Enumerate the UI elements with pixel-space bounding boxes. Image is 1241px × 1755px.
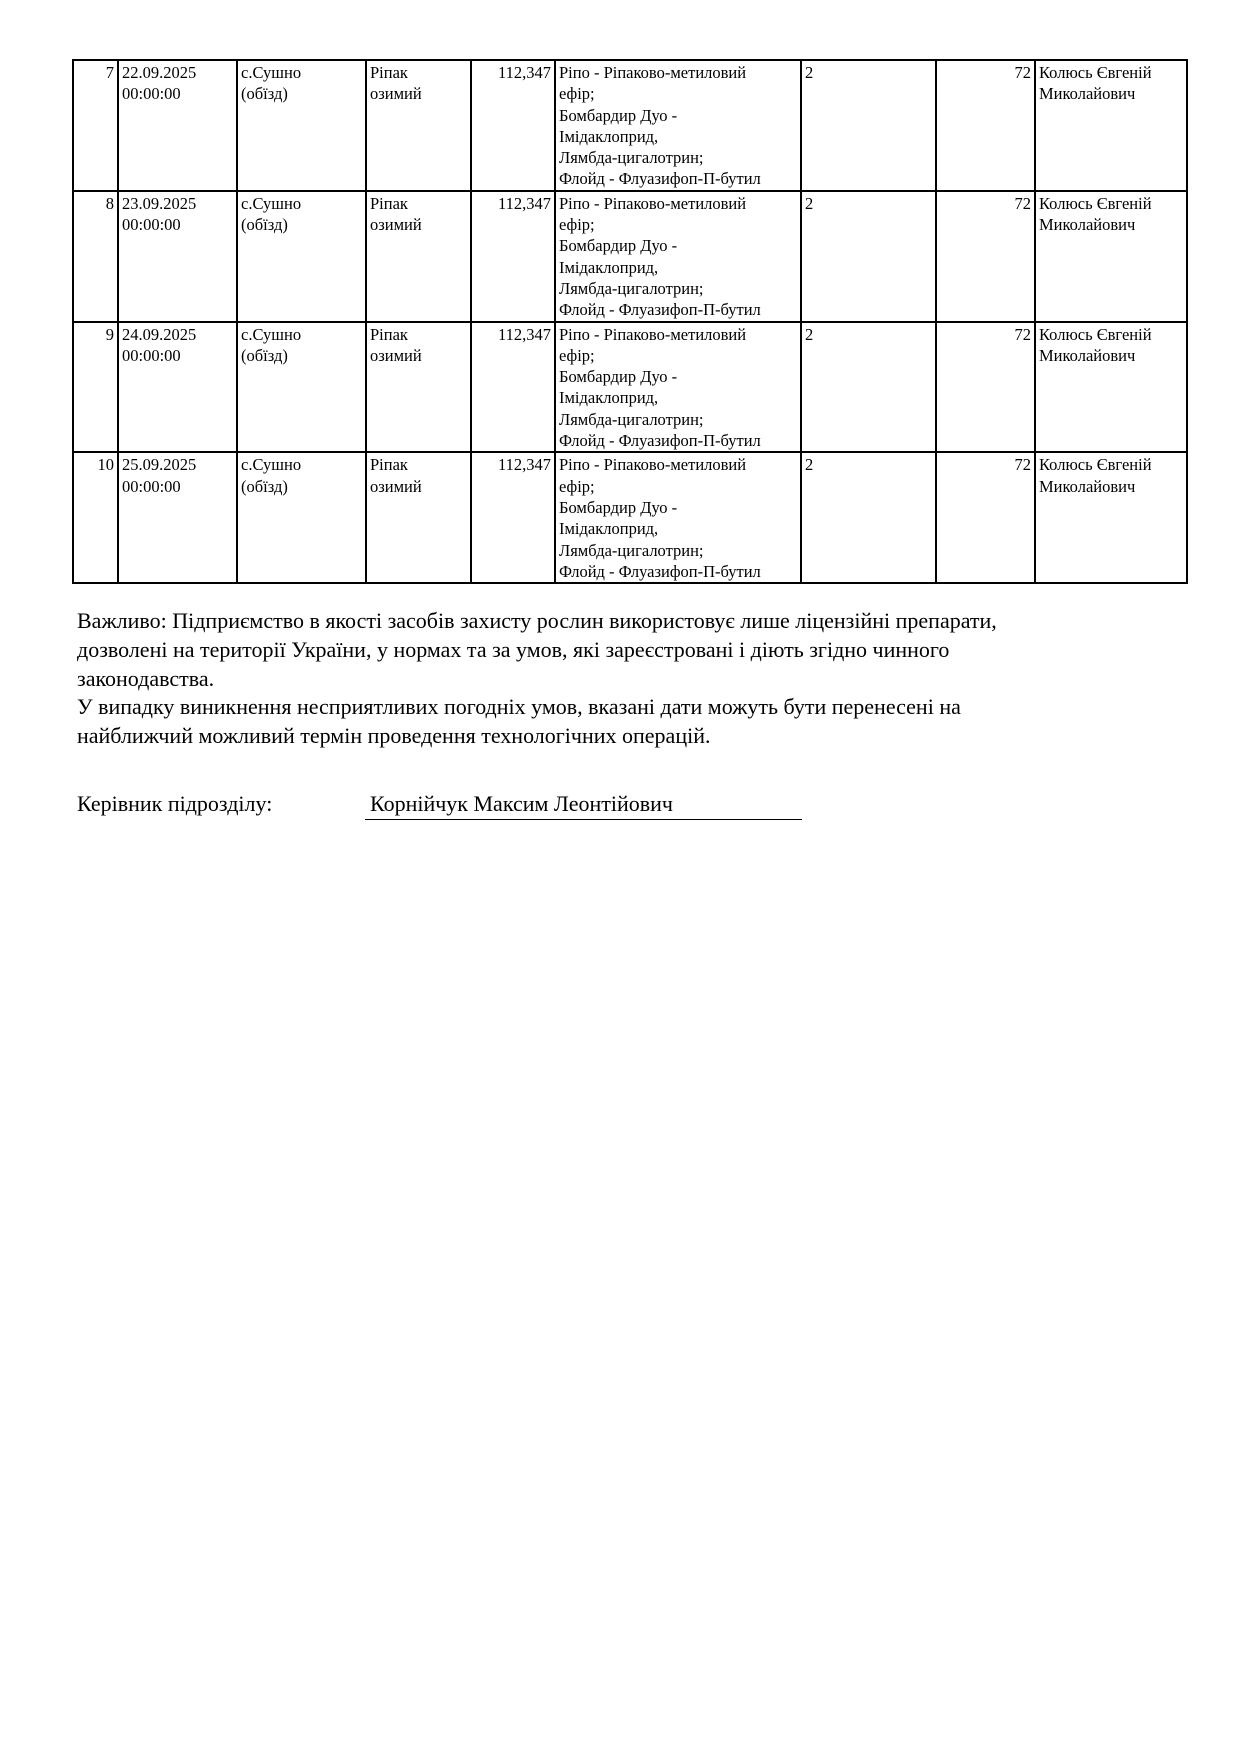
chemicals-cell-text: Флойд - Флуазифоп-П-бутил (559, 168, 797, 189)
location-cell-text: (обїзд) (241, 214, 362, 235)
chemicals-cell-text: Ріпо - Ріпаково-метиловий (559, 454, 797, 475)
crop-cell-text: Ріпак (370, 454, 467, 475)
location-cell-text: (обїзд) (241, 476, 362, 497)
date-cell-text: 00:00:00 (122, 345, 233, 366)
crop-cell-text: озимий (370, 83, 467, 104)
hours-cell: 72 (936, 191, 1035, 322)
date-cell-text: 00:00:00 (122, 214, 233, 235)
hazard-class-cell-text: 2 (805, 193, 932, 214)
area-cell-text: 112,347 (475, 454, 551, 475)
table-row: 924.09.202500:00:00с.Сушно(обїзд)Ріпакоз… (73, 322, 1187, 453)
responsible-cell: Колюсь ЄвгенійМиколайович (1035, 322, 1187, 453)
chemicals-cell-text: Лямбда-цигалотрин; (559, 540, 797, 561)
chemicals-cell-text: Ріпо - Ріпаково-метиловий (559, 62, 797, 83)
notice-line: законодавства. (77, 665, 1177, 694)
crop-cell-text: озимий (370, 345, 467, 366)
chemicals-cell-text: Флойд - Флуазифоп-П-бутил (559, 430, 797, 451)
chemicals-cell-text: Бомбардир Дуо - (559, 105, 797, 126)
crop-cell-text: Ріпак (370, 193, 467, 214)
chemicals-cell-text: Лямбда-цигалотрин; (559, 147, 797, 168)
location-cell: с.Сушно(обїзд) (237, 322, 366, 453)
date-cell-text: 24.09.2025 (122, 324, 233, 345)
area-cell: 112,347 (471, 60, 555, 191)
chemicals-cell-text: Імідаклоприд, (559, 518, 797, 539)
date-cell-text: 00:00:00 (122, 476, 233, 497)
date-cell: 25.09.202500:00:00 (118, 452, 237, 583)
responsible-cell-text: Миколайович (1039, 83, 1183, 104)
hours-cell-text: 72 (940, 324, 1031, 345)
crop-cell: Ріпакозимий (366, 322, 471, 453)
chemicals-cell-text: ефір; (559, 476, 797, 497)
hazard-class-cell-text: 2 (805, 454, 932, 475)
date-cell: 22.09.202500:00:00 (118, 60, 237, 191)
responsible-cell-text: Колюсь Євгеній (1039, 193, 1183, 214)
crop-cell: Ріпакозимий (366, 191, 471, 322)
chemicals-cell-text: Бомбардир Дуо - (559, 497, 797, 518)
responsible-cell-text: Колюсь Євгеній (1039, 62, 1183, 83)
row-number-cell: 9 (73, 322, 118, 453)
hazard-class-cell: 2 (801, 191, 936, 322)
chemicals-cell-text: Лямбда-цигалотрин; (559, 278, 797, 299)
date-cell-text: 22.09.2025 (122, 62, 233, 83)
table-row: 823.09.202500:00:00с.Сушно(обїзд)Ріпакоз… (73, 191, 1187, 322)
location-cell-text: с.Сушно (241, 454, 362, 475)
area-cell-text: 112,347 (475, 62, 551, 83)
chemicals-cell-text: Флойд - Флуазифоп-П-бутил (559, 299, 797, 320)
chemicals-cell: Ріпо - Ріпаково-метиловийефір;Бомбардир … (555, 191, 801, 322)
responsible-cell-text: Колюсь Євгеній (1039, 324, 1183, 345)
hours-cell: 72 (936, 452, 1035, 583)
date-cell: 23.09.202500:00:00 (118, 191, 237, 322)
area-cell: 112,347 (471, 191, 555, 322)
chemicals-cell-text: Імідаклоприд, (559, 257, 797, 278)
area-cell: 112,347 (471, 322, 555, 453)
row-number-cell: 7 (73, 60, 118, 191)
row-number-cell-text: 7 (77, 62, 114, 83)
crop-cell-text: Ріпак (370, 324, 467, 345)
row-number-cell-text: 9 (77, 324, 114, 345)
location-cell: с.Сушно(обїзд) (237, 452, 366, 583)
crop-cell-text: озимий (370, 214, 467, 235)
crop-cell-text: озимий (370, 476, 467, 497)
location-cell: с.Сушно(обїзд) (237, 191, 366, 322)
location-cell-text: с.Сушно (241, 62, 362, 83)
row-number-cell: 8 (73, 191, 118, 322)
location-cell-text: (обїзд) (241, 83, 362, 104)
date-cell-text: 00:00:00 (122, 83, 233, 104)
responsible-cell-text: Миколайович (1039, 476, 1183, 497)
chemicals-cell-text: Бомбардир Дуо - (559, 235, 797, 256)
responsible-cell-text: Миколайович (1039, 214, 1183, 235)
area-cell-text: 112,347 (475, 193, 551, 214)
important-notice: Важливо: Підприємство в якості засобів з… (77, 607, 1177, 751)
responsible-cell-text: Колюсь Євгеній (1039, 454, 1183, 475)
date-cell-text: 25.09.2025 (122, 454, 233, 475)
area-cell-text: 112,347 (475, 324, 551, 345)
location-cell-text: (обїзд) (241, 345, 362, 366)
responsible-cell-text: Миколайович (1039, 345, 1183, 366)
chemicals-cell: Ріпо - Ріпаково-метиловийефір;Бомбардир … (555, 322, 801, 453)
location-cell-text: с.Сушно (241, 193, 362, 214)
table-body: 722.09.202500:00:00с.Сушно(обїзд)Ріпакоз… (73, 60, 1187, 583)
crop-cell-text: Ріпак (370, 62, 467, 83)
chemicals-cell-text: Імідаклоприд, (559, 387, 797, 408)
hazard-class-cell-text: 2 (805, 62, 932, 83)
notice-line: найближчий можливий термін проведення те… (77, 722, 1177, 751)
chemicals-cell-text: ефір; (559, 214, 797, 235)
chemicals-cell-text: Бомбардир Дуо - (559, 366, 797, 387)
hours-cell-text: 72 (940, 193, 1031, 214)
chemicals-cell-text: ефір; (559, 83, 797, 104)
chemicals-cell: Ріпо - Ріпаково-метиловийефір;Бомбардир … (555, 452, 801, 583)
hazard-class-cell: 2 (801, 322, 936, 453)
hours-cell: 72 (936, 322, 1035, 453)
crop-cell: Ріпакозимий (366, 452, 471, 583)
signature-name-line: Корнійчук Максим Леонтійович (365, 790, 802, 820)
chemicals-cell-text: Ріпо - Ріпаково-метиловий (559, 324, 797, 345)
row-number-cell: 10 (73, 452, 118, 583)
hours-cell-text: 72 (940, 454, 1031, 475)
hours-cell: 72 (936, 60, 1035, 191)
location-cell: с.Сушно(обїзд) (237, 60, 366, 191)
treatment-schedule-table: 722.09.202500:00:00с.Сушно(обїзд)Ріпакоз… (72, 59, 1188, 584)
notice-line: У випадку виникнення несприятливих погод… (77, 693, 1177, 722)
hours-cell-text: 72 (940, 62, 1031, 83)
notice-paragraph-legal: Важливо: Підприємство в якості засобів з… (77, 607, 1177, 693)
table-row: 722.09.202500:00:00с.Сушно(обїзд)Ріпакоз… (73, 60, 1187, 191)
chemicals-cell-text: Лямбда-цигалотрин; (559, 409, 797, 430)
chemicals-cell-text: Імідаклоприд, (559, 126, 797, 147)
hazard-class-cell: 2 (801, 60, 936, 191)
row-number-cell-text: 8 (77, 193, 114, 214)
table-row: 1025.09.202500:00:00с.Сушно(обїзд)Ріпако… (73, 452, 1187, 583)
chemicals-cell-text: ефір; (559, 345, 797, 366)
hazard-class-cell: 2 (801, 452, 936, 583)
notice-line: Важливо: Підприємство в якості засобів з… (77, 607, 1177, 636)
date-cell-text: 23.09.2025 (122, 193, 233, 214)
date-cell: 24.09.202500:00:00 (118, 322, 237, 453)
chemicals-cell-text: Ріпо - Ріпаково-метиловий (559, 193, 797, 214)
row-number-cell-text: 10 (77, 454, 114, 475)
notice-paragraph-weather: У випадку виникнення несприятливих погод… (77, 693, 1177, 751)
crop-cell: Ріпакозимий (366, 60, 471, 191)
responsible-cell: Колюсь ЄвгенійМиколайович (1035, 60, 1187, 191)
responsible-cell: Колюсь ЄвгенійМиколайович (1035, 452, 1187, 583)
chemicals-cell: Ріпо - Ріпаково-метиловийефір;Бомбардир … (555, 60, 801, 191)
notice-line: дозволені на території України, у нормах… (77, 636, 1177, 665)
responsible-cell: Колюсь ЄвгенійМиколайович (1035, 191, 1187, 322)
signature-label: Керівник підрозділу: (77, 790, 272, 818)
hazard-class-cell-text: 2 (805, 324, 932, 345)
area-cell: 112,347 (471, 452, 555, 583)
location-cell-text: с.Сушно (241, 324, 362, 345)
chemicals-cell-text: Флойд - Флуазифоп-П-бутил (559, 561, 797, 582)
